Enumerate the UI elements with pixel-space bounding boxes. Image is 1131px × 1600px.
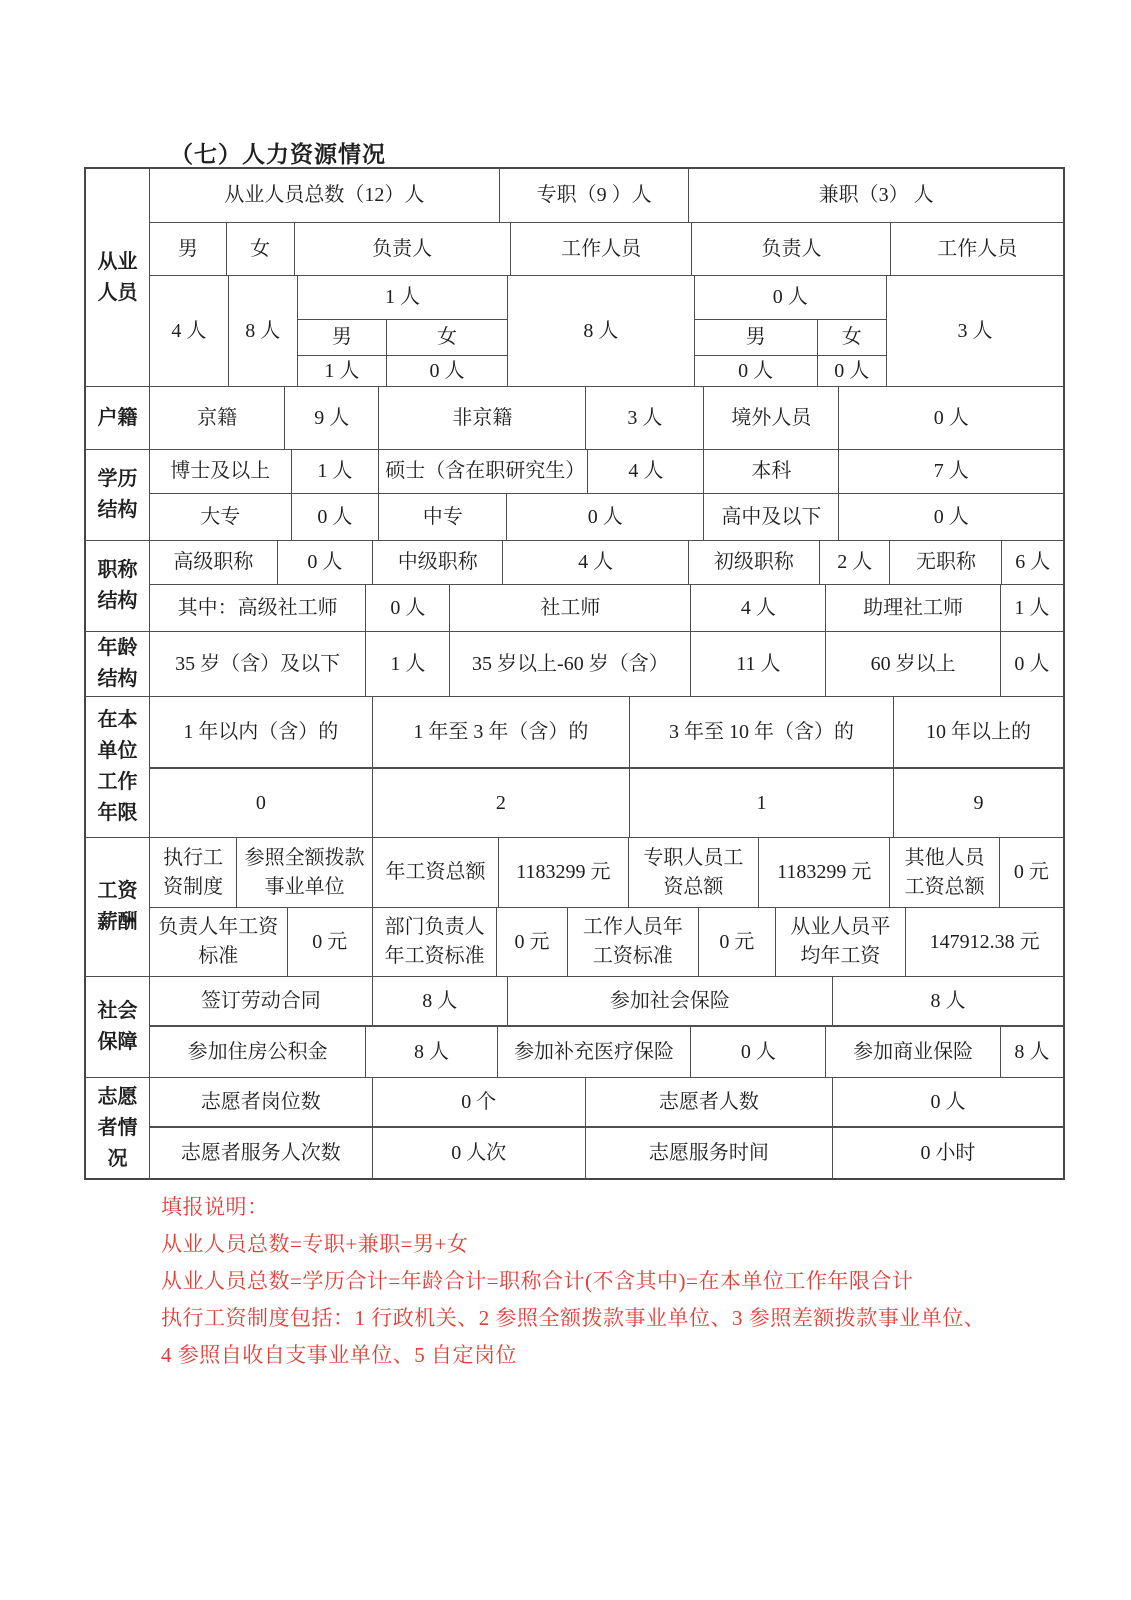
rowhead-hukou: 户籍 bbox=[86, 387, 150, 449]
row-education-2: 大专 0 人 中专 0 人 高中及以下 0 人 bbox=[150, 494, 1063, 540]
row-staff-headers: 从业人员总数（12）人 专职（9 ）人 兼职（3） 人 bbox=[150, 169, 1063, 223]
cell-principal-male-value: 1 人 bbox=[298, 356, 387, 386]
rowhead-staff: 从业人员 bbox=[86, 169, 150, 386]
cell-vol-2-2: 志愿服务时间 bbox=[586, 1128, 833, 1178]
row-tenure-headers: 1 年以内（含）的 1 年至 3 年（含）的 3 年至 10 年（含）的 10 … bbox=[150, 697, 1063, 769]
filing-notes: 填报说明： 从业人员总数=专职+兼职=男+女 从业人员总数=学历合计=年龄合计=… bbox=[161, 1189, 985, 1374]
cell-edu-1-4: 本科 bbox=[704, 450, 839, 493]
cell-hukou-5: 0 人 bbox=[839, 387, 1063, 449]
cell-edu-2-3: 0 人 bbox=[507, 494, 704, 540]
cell-fulltime-worker: 8 人 bbox=[508, 276, 695, 386]
cell-jt-1-6: 无职称 bbox=[890, 541, 1002, 584]
row-age: 35 岁（含）及以下 1 人 35 岁以上-60 岁（含） 11 人 60 岁以… bbox=[150, 632, 1063, 696]
row-volunteer-2: 志愿者服务人次数 0 人次 志愿服务时间 0 小时 bbox=[150, 1128, 1063, 1178]
cell-sal-2-2: 部门负责人年工资标准 bbox=[373, 908, 497, 976]
cell-sal-1-2: 年工资总额 bbox=[373, 838, 499, 907]
row-social-1: 签订劳动合同 8 人 参加社会保险 8 人 bbox=[150, 977, 1063, 1027]
cell-age-0: 35 岁（含）及以下 bbox=[150, 632, 366, 696]
cell-edu-2-2: 中专 bbox=[379, 494, 507, 540]
cell-parttime-header: 兼职（3） 人 bbox=[689, 169, 1063, 222]
cell-soc-2-2: 参加补充医疗保险 bbox=[498, 1027, 692, 1077]
row-education-1: 博士及以上 1 人 硕士（含在职研究生） 4 人 本科 7 人 bbox=[150, 450, 1063, 494]
rowhead-salary: 工资薪酬 bbox=[86, 838, 150, 976]
band-tenure: 在本单位工作年限 1 年以内（含）的 1 年至 3 年（含）的 3 年至 10 … bbox=[86, 697, 1063, 838]
cell-vol-1-1: 0 个 bbox=[373, 1078, 586, 1126]
cell-principal-header: 负责人 bbox=[295, 223, 511, 275]
cell-sal-2-7: 147912.38 元 bbox=[906, 908, 1063, 976]
cell-soc-2-5: 8 人 bbox=[1001, 1027, 1063, 1077]
row-pt-principal-total: 0 人 bbox=[695, 276, 886, 320]
cell-age-1: 1 人 bbox=[366, 632, 450, 696]
cell-jt-1-7: 6 人 bbox=[1002, 541, 1063, 584]
cell-sal-2-5: 0 元 bbox=[699, 908, 776, 976]
cell-jt-1-4: 初级职称 bbox=[689, 541, 820, 584]
cell-sal-1-3: 1183299 元 bbox=[499, 838, 629, 907]
rows-age: 35 岁（含）及以下 1 人 35 岁以上-60 岁（含） 11 人 60 岁以… bbox=[150, 632, 1063, 696]
cell-tenure-v-0: 0 bbox=[150, 769, 373, 837]
cell-principal-male-header: 男 bbox=[298, 320, 387, 355]
cell-soc-1-0: 签订劳动合同 bbox=[150, 977, 373, 1025]
cell-sal-1-4: 专职人员工资总额 bbox=[629, 838, 759, 907]
row-principal-gender-header: 男 女 bbox=[298, 320, 507, 356]
cell-tenure-v-2: 1 bbox=[630, 769, 894, 837]
row-jobtitle-1: 高级职称 0 人 中级职称 4 人 初级职称 2 人 无职称 6 人 bbox=[150, 541, 1063, 585]
cell-pt-principal-male-header: 男 bbox=[695, 320, 818, 355]
rows-tenure: 1 年以内（含）的 1 年至 3 年（含）的 3 年至 10 年（含）的 10 … bbox=[150, 697, 1063, 837]
cell-jt-1-5: 2 人 bbox=[820, 541, 890, 584]
band-volunteer: 志愿者情况 志愿者岗位数 0 个 志愿者人数 0 人 志愿者服务人次数 0 人次… bbox=[86, 1078, 1063, 1178]
rowhead-jobtitle: 职称结构 bbox=[86, 541, 150, 631]
cell-tenure-v-1: 2 bbox=[373, 769, 630, 837]
cell-sal-2-4: 工作人员年工资标准 bbox=[568, 908, 699, 976]
cell-sal-1-1: 参照全额拨款事业单位 bbox=[237, 838, 373, 907]
cell-vol-2-3: 0 小时 bbox=[833, 1128, 1063, 1178]
cell-sal-2-6: 从业人员平均年工资 bbox=[776, 908, 906, 976]
row-principal-gender-values: 1 人 0 人 bbox=[298, 356, 507, 386]
cell-principal-female-header: 女 bbox=[387, 320, 507, 355]
row-jobtitle-2: 其中：高级社工师 0 人 社工师 4 人 助理社工师 1 人 bbox=[150, 585, 1063, 631]
band-hukou: 户籍 京籍 9 人 非京籍 3 人 境外人员 0 人 bbox=[86, 387, 1063, 450]
row-salary-2: 负责人年工资标准 0 元 部门负责人年工资标准 0 元 工作人员年工资标准 0 … bbox=[150, 908, 1063, 976]
cell-vol-2-0: 志愿者服务人次数 bbox=[150, 1128, 373, 1178]
band-social: 社会保障 签订劳动合同 8 人 参加社会保险 8 人 参加住房公积金 8 人 参… bbox=[86, 977, 1063, 1078]
rows-volunteer: 志愿者岗位数 0 个 志愿者人数 0 人 志愿者服务人次数 0 人次 志愿服务时… bbox=[150, 1078, 1063, 1178]
band-age: 年龄结构 35 岁（含）及以下 1 人 35 岁以上-60 岁（含） 11 人 … bbox=[86, 632, 1063, 697]
cell-principal-female-value: 0 人 bbox=[387, 356, 507, 386]
cell-pt-principal-male-value: 0 人 bbox=[695, 356, 818, 386]
cell-tenure-h-3: 10 年以上的 bbox=[894, 697, 1063, 767]
cell-tenure-v-3: 9 bbox=[894, 769, 1063, 837]
cell-sal-1-5: 1183299 元 bbox=[759, 838, 890, 907]
notes-line-4: 4 参照自收自支事业单位、5 自定岗位 bbox=[161, 1337, 985, 1374]
cell-soc-2-3: 0 人 bbox=[691, 1027, 826, 1077]
band-education: 学历结构 博士及以上 1 人 硕士（含在职研究生） 4 人 本科 7 人 大专 … bbox=[86, 450, 1063, 541]
cell-pt-principal-header: 负责人 bbox=[692, 223, 891, 275]
cell-jt-2-0: 其中：高级社工师 bbox=[150, 585, 366, 631]
cell-age-2: 35 岁以上-60 岁（含） bbox=[450, 632, 691, 696]
cell-sal-1-6: 其他人员工资总额 bbox=[890, 838, 999, 907]
stack-pt-principal: 0 人 男 女 0 人 0 人 bbox=[695, 276, 887, 386]
cell-jt-2-1: 0 人 bbox=[366, 585, 450, 631]
cell-hukou-0: 京籍 bbox=[150, 387, 285, 449]
rows-education: 博士及以上 1 人 硕士（含在职研究生） 4 人 本科 7 人 大专 0 人 中… bbox=[150, 450, 1063, 540]
cell-tenure-h-0: 1 年以内（含）的 bbox=[150, 697, 373, 767]
row-salary-1: 执行工资制度 参照全额拨款事业单位 年工资总额 1183299 元 专职人员工资… bbox=[150, 838, 1063, 908]
rows-salary: 执行工资制度 参照全额拨款事业单位 年工资总额 1183299 元 专职人员工资… bbox=[150, 838, 1063, 976]
cell-edu-2-5: 0 人 bbox=[839, 494, 1063, 540]
cell-jt-1-2: 中级职称 bbox=[373, 541, 503, 584]
cell-jt-2-3: 4 人 bbox=[691, 585, 826, 631]
cell-edu-1-1: 1 人 bbox=[292, 450, 380, 493]
cell-edu-1-2: 硕士（含在职研究生） bbox=[379, 450, 588, 493]
cell-age-4: 60 岁以上 bbox=[826, 632, 1000, 696]
rowhead-social: 社会保障 bbox=[86, 977, 150, 1077]
cell-jt-1-1: 0 人 bbox=[278, 541, 373, 584]
cell-soc-2-1: 8 人 bbox=[366, 1027, 498, 1077]
cell-vol-2-1: 0 人次 bbox=[373, 1128, 586, 1178]
stack-total-principal: 1 人 男 女 1 人 0 人 bbox=[298, 276, 508, 386]
cell-jt-1-0: 高级职称 bbox=[150, 541, 278, 584]
band-jobtitle: 职称结构 高级职称 0 人 中级职称 4 人 初级职称 2 人 无职称 6 人 … bbox=[86, 541, 1063, 632]
cell-sal-1-7: 0 元 bbox=[1000, 838, 1063, 907]
cell-soc-2-0: 参加住房公积金 bbox=[150, 1027, 366, 1077]
cell-vol-1-2: 志愿者人数 bbox=[586, 1078, 833, 1126]
cell-sal-2-1: 0 元 bbox=[288, 908, 373, 976]
cell-jt-2-5: 1 人 bbox=[1001, 585, 1063, 631]
row-staff-subheaders: 男 女 负责人 工作人员 负责人 工作人员 bbox=[150, 223, 1063, 276]
cell-sal-1-0: 执行工资制度 bbox=[150, 838, 237, 907]
cell-edu-1-3: 4 人 bbox=[588, 450, 704, 493]
row-pt-principal-gender-values: 0 人 0 人 bbox=[695, 356, 886, 386]
cell-principal-total: 1 人 bbox=[298, 276, 507, 319]
cell-pt-worker-header: 工作人员 bbox=[891, 223, 1063, 275]
notes-line-3: 执行工资制度包括：1 行政机关、2 参照全额拨款事业单位、3 参照差额拨款事业单… bbox=[161, 1300, 985, 1337]
cell-soc-1-2: 参加社会保险 bbox=[508, 977, 833, 1025]
row-tenure-values: 0 2 1 9 bbox=[150, 769, 1063, 837]
page-title: （七）人力资源情况 bbox=[170, 136, 386, 169]
rowhead-education: 学历结构 bbox=[86, 450, 150, 540]
cell-edu-1-0: 博士及以上 bbox=[150, 450, 292, 493]
cell-vol-1-0: 志愿者岗位数 bbox=[150, 1078, 373, 1126]
cell-pt-principal-total: 0 人 bbox=[695, 276, 886, 319]
rowhead-tenure: 在本单位工作年限 bbox=[86, 697, 150, 837]
notes-line-1: 从业人员总数=专职+兼职=男+女 bbox=[161, 1226, 985, 1263]
cell-sal-2-0: 负责人年工资标准 bbox=[150, 908, 288, 976]
rows-hukou: 京籍 9 人 非京籍 3 人 境外人员 0 人 bbox=[150, 387, 1063, 449]
cell-jt-2-4: 助理社工师 bbox=[826, 585, 1000, 631]
row-hukou: 京籍 9 人 非京籍 3 人 境外人员 0 人 bbox=[150, 387, 1063, 449]
cell-edu-1-5: 7 人 bbox=[839, 450, 1063, 493]
cell-male-header: 男 bbox=[150, 223, 227, 275]
cell-worker-header: 工作人员 bbox=[511, 223, 693, 275]
cell-edu-2-1: 0 人 bbox=[292, 494, 380, 540]
band-staff: 从业人员 从业人员总数（12）人 专职（9 ）人 兼职（3） 人 男 女 负责人… bbox=[86, 169, 1063, 387]
cell-total-female: 8 人 bbox=[229, 276, 298, 386]
cell-total-header: 从业人员总数（12）人 bbox=[150, 169, 500, 222]
rowhead-age: 年龄结构 bbox=[86, 632, 150, 696]
row-social-2: 参加住房公积金 8 人 参加补充医疗保险 0 人 参加商业保险 8 人 bbox=[150, 1027, 1063, 1077]
hr-table: 从业人员 从业人员总数（12）人 专职（9 ）人 兼职（3） 人 男 女 负责人… bbox=[84, 167, 1065, 1180]
rows-social: 签订劳动合同 8 人 参加社会保险 8 人 参加住房公积金 8 人 参加补充医疗… bbox=[150, 977, 1063, 1077]
cell-tenure-h-1: 1 年至 3 年（含）的 bbox=[373, 697, 630, 767]
notes-heading: 填报说明： bbox=[161, 1189, 985, 1226]
rowhead-volunteer: 志愿者情况 bbox=[86, 1078, 150, 1178]
cell-sal-2-3: 0 元 bbox=[497, 908, 567, 976]
cell-jt-2-2: 社工师 bbox=[450, 585, 691, 631]
cell-edu-2-0: 大专 bbox=[150, 494, 292, 540]
cell-hukou-1: 9 人 bbox=[285, 387, 379, 449]
row-volunteer-1: 志愿者岗位数 0 个 志愿者人数 0 人 bbox=[150, 1078, 1063, 1128]
cell-age-5: 0 人 bbox=[1001, 632, 1063, 696]
cell-hukou-3: 3 人 bbox=[586, 387, 704, 449]
cell-hukou-4: 境外人员 bbox=[704, 387, 839, 449]
cell-female-header: 女 bbox=[227, 223, 295, 275]
cell-pt-worker: 3 人 bbox=[887, 276, 1063, 386]
row-staff-values: 4 人 8 人 1 人 男 女 1 人 0 人 8 人 bbox=[150, 276, 1063, 386]
cell-jt-1-3: 4 人 bbox=[503, 541, 688, 584]
cell-pt-principal-female-header: 女 bbox=[818, 320, 886, 355]
notes-line-2: 从业人员总数=学历合计=年龄合计=职称合计(不含其中)=在本单位工作年限合计 bbox=[161, 1263, 985, 1300]
cell-soc-1-1: 8 人 bbox=[373, 977, 508, 1025]
cell-age-3: 11 人 bbox=[691, 632, 826, 696]
rows-jobtitle: 高级职称 0 人 中级职称 4 人 初级职称 2 人 无职称 6 人 其中：高级… bbox=[150, 541, 1063, 631]
band-salary: 工资薪酬 执行工资制度 参照全额拨款事业单位 年工资总额 1183299 元 专… bbox=[86, 838, 1063, 977]
rows-staff: 从业人员总数（12）人 专职（9 ）人 兼职（3） 人 男 女 负责人 工作人员… bbox=[150, 169, 1063, 386]
cell-edu-2-4: 高中及以下 bbox=[704, 494, 839, 540]
cell-soc-1-3: 8 人 bbox=[833, 977, 1063, 1025]
row-principal-total: 1 人 bbox=[298, 276, 507, 320]
cell-fulltime-header: 专职（9 ）人 bbox=[500, 169, 690, 222]
cell-tenure-h-2: 3 年至 10 年（含）的 bbox=[630, 697, 894, 767]
cell-total-male: 4 人 bbox=[150, 276, 229, 386]
cell-soc-2-4: 参加商业保险 bbox=[826, 1027, 1000, 1077]
cell-pt-principal-female-value: 0 人 bbox=[818, 356, 886, 386]
cell-vol-1-3: 0 人 bbox=[833, 1078, 1063, 1126]
row-pt-principal-gender-header: 男 女 bbox=[695, 320, 886, 356]
cell-hukou-2: 非京籍 bbox=[379, 387, 586, 449]
